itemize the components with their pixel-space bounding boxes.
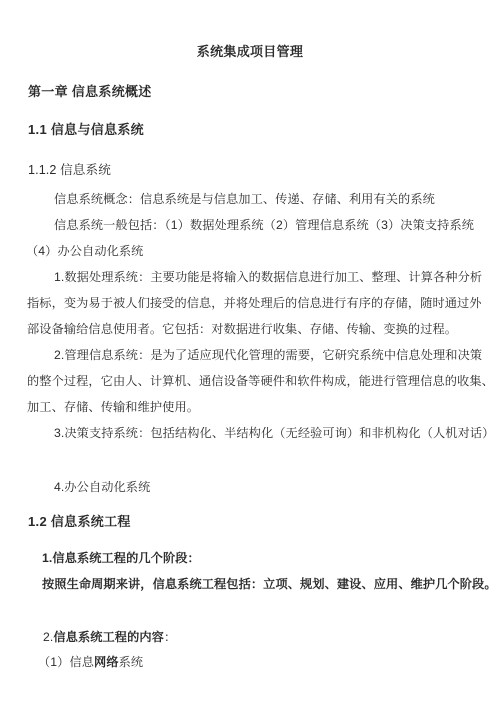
paragraph-data-processing-line2: 指标，变为易于被人们接受的信息，并将处理后的信息进行有序的存储，随时通过外 [27, 296, 482, 310]
item1-emphasis: 网络 [94, 655, 119, 669]
content-title-suffix: ： [164, 630, 176, 644]
paragraph-info-system-concept: 信息系统概念：信息系统是与信息加工、传递、存储、利用有关的系统 [54, 192, 435, 206]
paragraph-info-system-includes-line1: 信息系统一般包括：（1）数据处理系统（2）管理信息系统（3）决策支持系统 [54, 218, 474, 232]
heading-chapter-1: 第一章 信息系统概述 [28, 85, 152, 99]
paragraph-mis-line1: 2.管理信息系统：是为了适应现代化管理的需要，它研究系统中信息处理和决策 [54, 348, 482, 362]
item1-suffix: 系统 [119, 655, 144, 669]
paragraph-data-processing-line1: 1.数据处理系统：主要功能是将输入的数据信息进行加工、整理、计算各种分析 [54, 270, 482, 284]
doc-title: 系统集成项目管理 [0, 45, 500, 59]
paragraph-content-title: 2.信息系统工程的内容： [43, 630, 176, 644]
paragraph-mis-line3: 加工、存储、传输和维护使用。 [27, 400, 199, 414]
paragraph-content-item1: （1）信息网络系统 [38, 655, 143, 669]
paragraph-stages-title: 1.信息系统工程的几个阶段： [42, 551, 200, 565]
content-title-prefix: 2. [43, 630, 53, 644]
heading-section-1-1-2: 1.1.2 信息系统 [28, 163, 111, 177]
paragraph-stages-body: 按照生命周期来讲，信息系统工程包括：立项、规划、建设、应用、维护几个阶段。 [42, 577, 497, 591]
heading-section-1-1: 1.1 信息与信息系统 [28, 123, 144, 137]
item1-prefix: （1）信息 [38, 655, 94, 669]
paragraph-mis-line2: 的整个过程，它由人、计算机、通信设备等硬件和软件构成，能进行管理信息的收集、 [27, 374, 494, 388]
content-title-emphasis: 信息系统工程的内容 [53, 630, 164, 644]
heading-section-1-2: 1.2 信息系统工程 [28, 515, 131, 529]
paragraph-data-processing-line3: 部设备输给信息使用者。它包括：对数据进行收集、存储、传输、变换的过程。 [27, 322, 457, 336]
paragraph-info-system-includes-line2: （4）办公自动化系统 [26, 244, 143, 258]
paragraph-dss: 3.决策支持系统：包括结构化、半结构化（无经验可询）和非机构化（人机对话） [54, 426, 494, 440]
paragraph-office-automation: 4.办公自动化系统 [54, 480, 150, 494]
document-page: 系统集成项目管理 第一章 信息系统概述 1.1 信息与信息系统 1.1.2 信息… [0, 0, 500, 708]
